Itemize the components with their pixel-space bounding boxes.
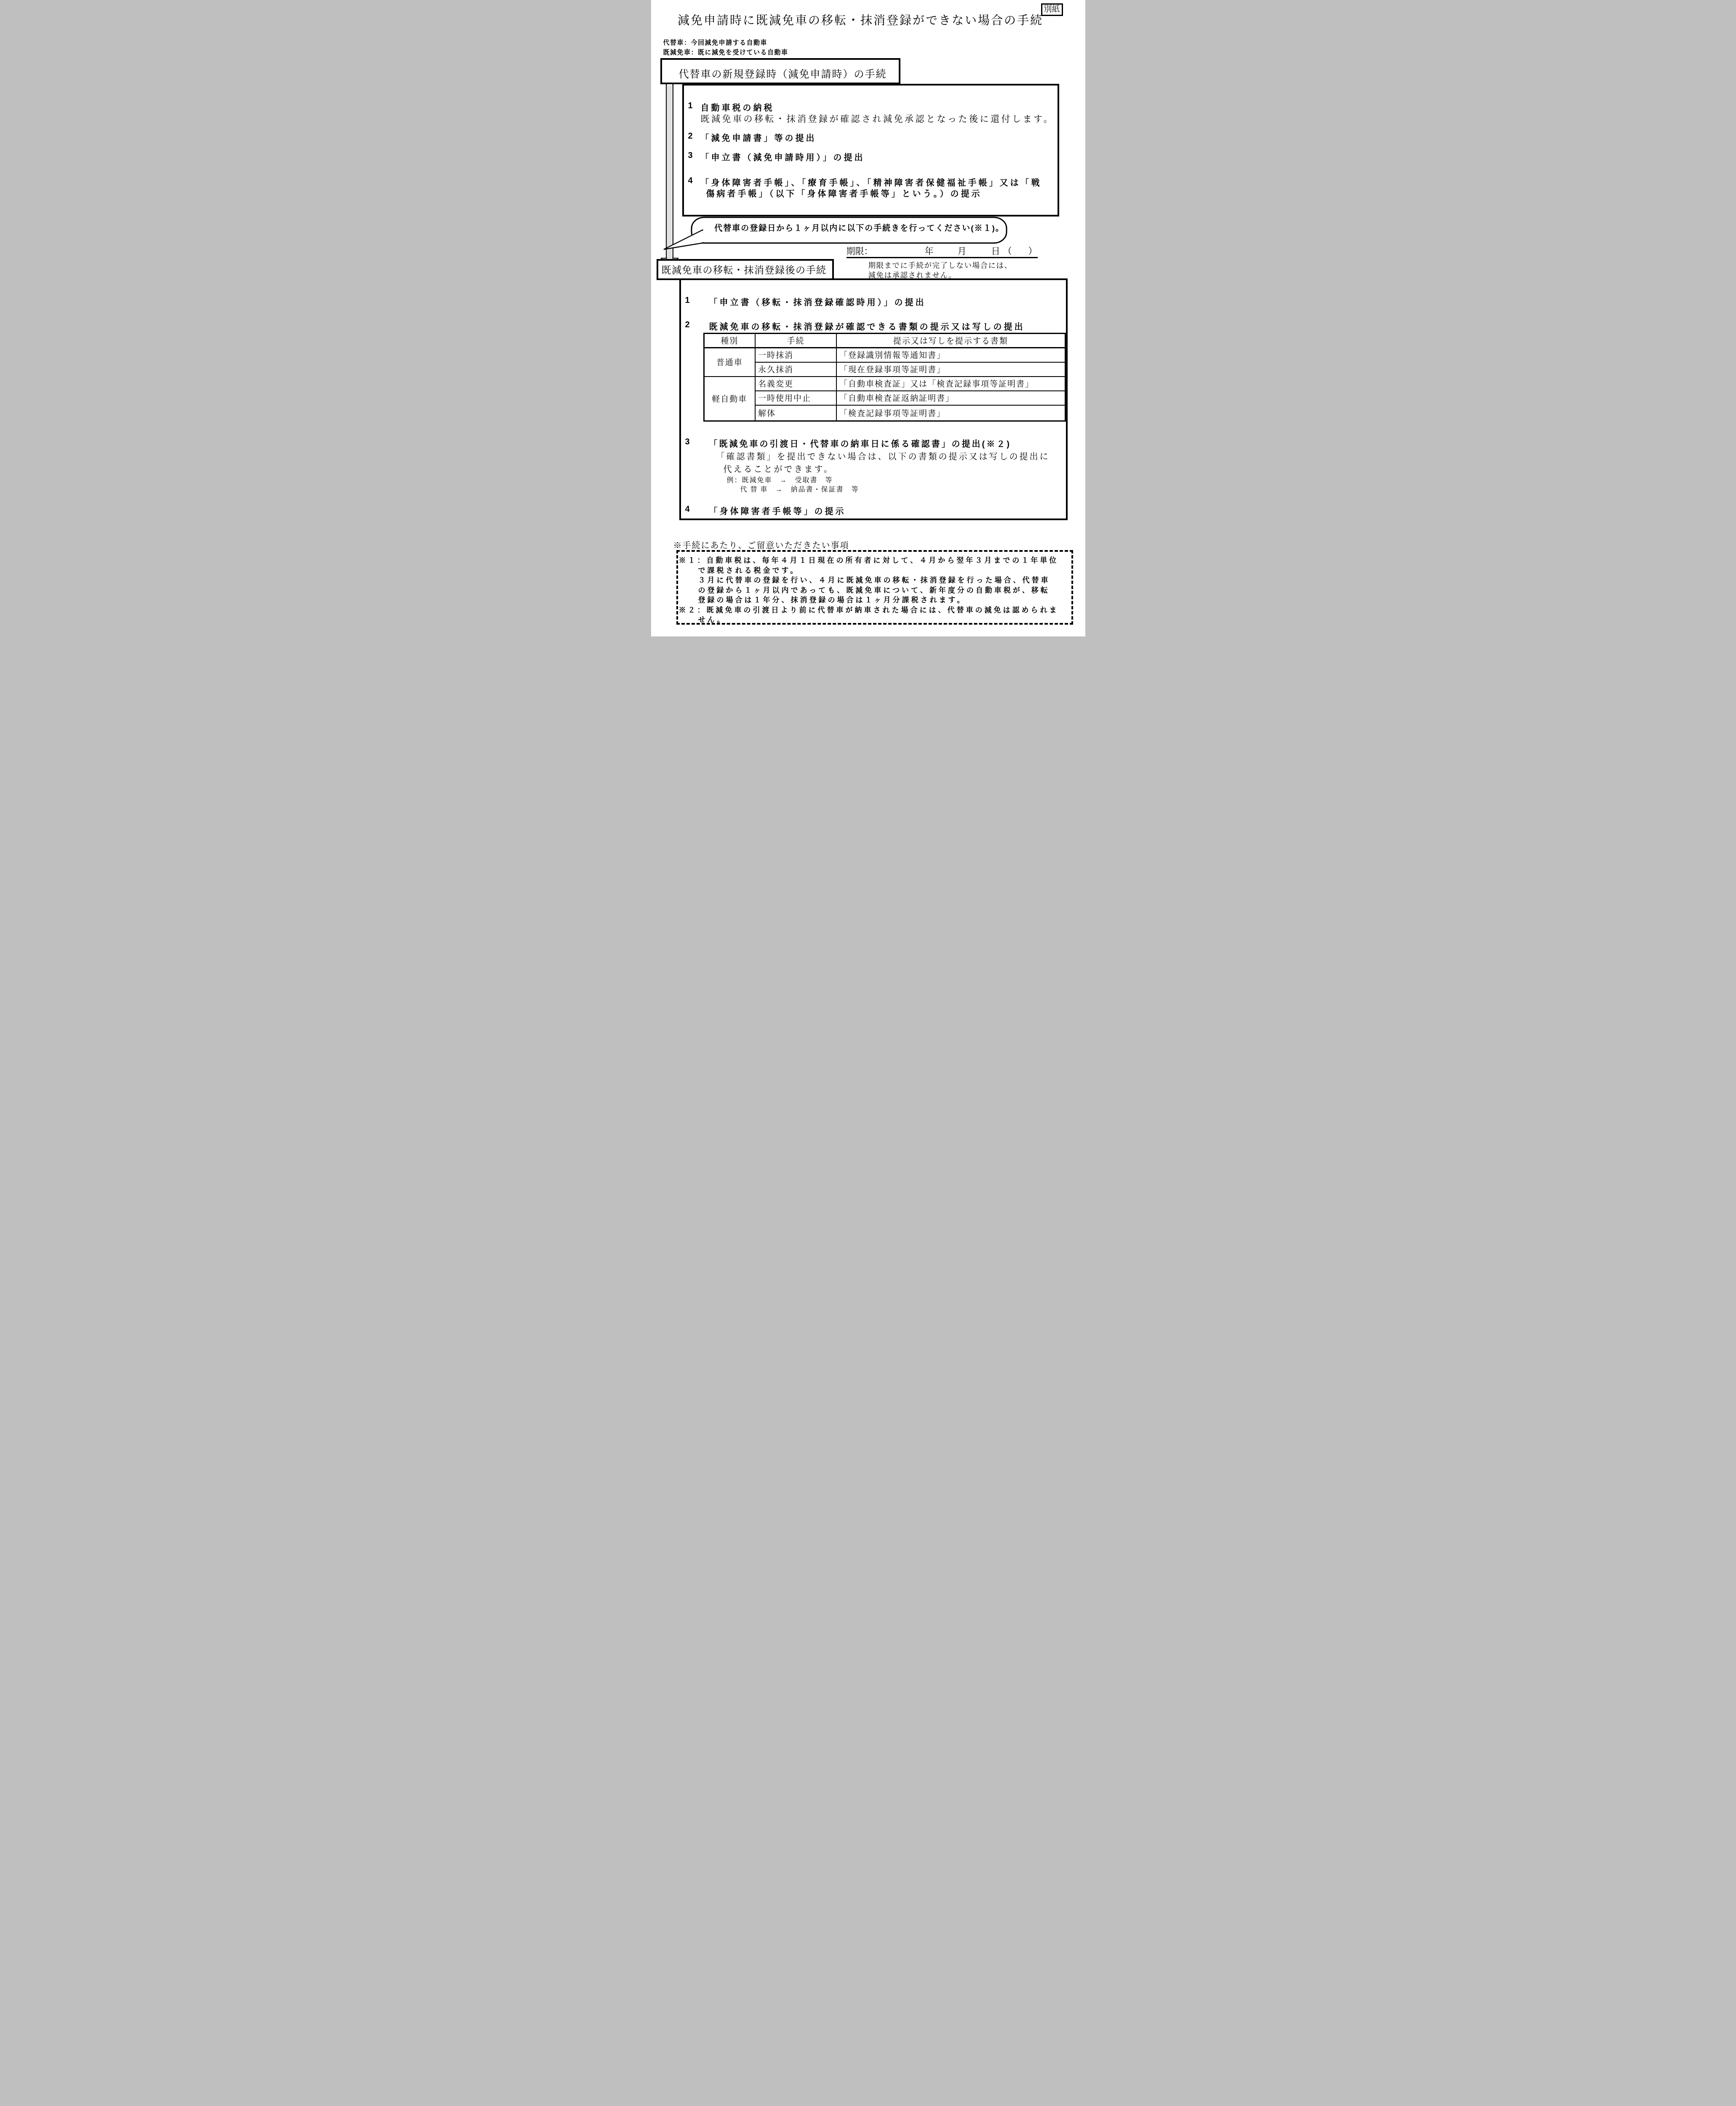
s1-item4-title-line1: 「身体障害者手帳」、「療育手帳」、「精神障害者保健福祉手帳」又は「戦 [701,176,1042,188]
definition-kigenmensha: 既減免車：既に減免を受けている自動車 [663,48,788,56]
table-row: 軽自動車 名義変更 「自動車検査証」又は「検査記録事項等証明書」 [704,377,1065,391]
cell-doc-r5: 「検査記録事項等証明書」 [836,405,1065,421]
page-title: 減免申請時に既減免車の移転・抹消登録ができない場合の手続 [651,11,1085,28]
s1-item3-title: 「申立書（減免申請時用）」の提出 [701,151,865,163]
note1-line2: で課税される税金です。 [698,564,800,575]
callout-text: 代替車の登録日から１ヶ月以内に以下の手続きを行ってください(※１)。 [710,222,1009,233]
table-row: 普通車 一時抹消 「登録識別情報等通知書」 [704,348,1065,362]
col-header-procedure: 手続 [755,334,836,348]
deadline-note-line1: 期限までに手続が完了しない場合には、 [868,260,1012,270]
s2-item2-title: 既減免車の移転・抹消登録が確認できる書類の提示又は写しの提出 [709,320,1025,332]
cell-category-keijidosha: 軽自動車 [704,377,755,421]
section2-header-label: 既減免車の移転・抹消登録後の手続 [662,262,827,276]
s2-item1-number: 1 [685,296,690,305]
document-page: 別紙 減免申請時に既減免車の移転・抹消登録ができない場合の手続 代替車：今回減免… [651,0,1085,636]
section1-header-box: 代替車の新規登録時（減免申請時）の手続 [660,58,900,84]
s1-item1-title: 自動車税の納税 [701,101,775,113]
cell-proc-eikyu-massho: 永久抹消 [755,362,836,377]
cell-category-futsusha: 普通車 [704,348,755,377]
s2-item3-number: 3 [685,437,690,447]
note1-line4: の登録から１ヶ月以内であっても、既減免車について、新年度分の自動車税が、移転 [698,584,1050,595]
documents-table: 種別 手続 提示又は写しを提示する書類 普通車 一時抹消 「登録識別情報等通知書… [703,333,1066,422]
s1-item1-body: 既減免車の移転・抹消登録が確認され減免承認となった後に還付します。 [701,112,1055,125]
table-row: 永久抹消 「現在登録事項等証明書」 [704,362,1065,377]
table-row: 解体 「検査記録事項等証明書」 [704,405,1065,421]
s2-item3-body-line2: 代えることができます。 [724,462,834,475]
cell-doc-r3: 「自動車検査証」又は「検査記録事項等証明書」 [836,377,1065,391]
note2-line1: ※２：既減免車の引渡日より前に代替車が納車された場合には、代替車の減免は認められ… [679,604,1059,615]
s2-item2-number: 2 [685,320,690,330]
callout-bubble [661,214,1009,253]
s1-item2-number: 2 [688,131,693,141]
cell-proc-meigi-henko: 名義変更 [755,377,836,391]
col-header-documents: 提示又は写しを提示する書類 [836,334,1065,348]
s2-item3-title: 「既減免車の引渡日・代替車の納車日に係る確認書」の提出(※２) [709,437,1011,449]
s1-item2-title: 「減免申請書」等の提出 [701,131,817,144]
table-row: 一時使用中止 「自動車検査証返納証明書」 [704,391,1065,405]
note1-line1: ※１：自動車税は、毎年４月１日現在の所有者に対して、４月から翌年３月までの１年単… [679,554,1059,565]
deadline-paren-close: ） [1028,244,1037,257]
cell-proc-ichiji-shiyochushi: 一時使用中止 [755,391,836,405]
s2-item4-title: 「身体障害者手帳等」の提示 [709,505,846,517]
table-header-row: 種別 手続 提示又は写しを提示する書類 [704,334,1065,348]
s2-item3-body-line1: 「確認書類」を提出できない場合は、以下の書類の提示又は写しの提出に [716,450,1050,462]
s2-item3-example-line2: 代 替 車 → 納品書・保証書 等 [740,484,859,494]
cell-doc-r4: 「自動車検査証返納証明書」 [836,391,1065,405]
cell-doc-r1: 「登録識別情報等通知書」 [836,348,1065,362]
col-header-type: 種別 [704,334,755,348]
note1-line3: ３月に代替車の登録を行い、４月に既減免車の移転・抹消登録を行った場合、代替車 [698,574,1050,585]
s2-item1-title: 「申立書（移転・抹消登録確認時用）」の提出 [709,296,926,308]
notes-heading: ※手続にあたり、ご留意いただきたい事項 [673,539,849,551]
s1-item3-number: 3 [688,151,693,160]
section1-header-label: 代替車の新規登録時（減免申請時）の手続 [679,66,887,80]
cell-proc-kaitai: 解体 [755,405,836,421]
definition-daitaisha: 代替車：今回減免申請する自動車 [663,38,768,47]
note1-line5: 登録の場合は１年分、抹消登録の場合は１ヶ月分課税されます。 [698,594,967,604]
cell-proc-ichiji-massho: 一時抹消 [755,348,836,362]
s1-item4-number: 4 [688,176,693,186]
s1-item1-number: 1 [688,101,693,111]
section2-header-box: 既減免車の移転・抹消登録後の手続 [657,259,834,280]
s1-item4-title-line2: 傷病者手帳」（以下「身体障害者手帳等」という。）の提示 [706,187,982,199]
note2-line2: せん。 [698,614,726,624]
cell-doc-r2: 「現在登録事項等証明書」 [836,362,1065,377]
s2-item3-example-line1: 例：既減免車 → 受取書 等 [727,475,833,484]
s2-item4-number: 4 [685,505,690,514]
